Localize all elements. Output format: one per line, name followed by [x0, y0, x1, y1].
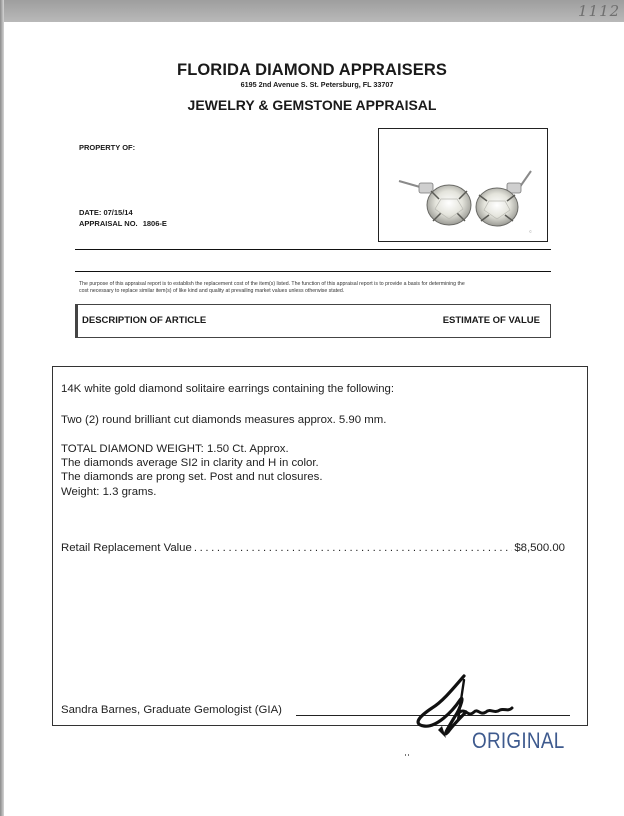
scan-top-edge [0, 0, 624, 22]
property-of-field: PROPERTY OF: [79, 143, 135, 152]
appraisal-number-value: 1806-E [143, 219, 167, 228]
detail-metal-weight: Weight: 1.3 grams. [61, 485, 323, 499]
detail-clarity-color: The diamonds average SI2 in clarity and … [61, 456, 323, 470]
item-stones: Two (2) round brilliant cut diamonds mea… [61, 414, 386, 426]
company-name: FLORIDA DIAMOND APPRAISERS [0, 61, 624, 80]
company-address: 6195 2nd Avenue S. St. Petersburg, FL 33… [0, 80, 624, 89]
date-label: DATE: [79, 208, 101, 217]
disclaimer-line-1: The purpose of this appraisal report is … [79, 281, 549, 288]
appraisal-number-label: APPRAISAL NO. [79, 219, 138, 228]
divider-rule-upper [75, 249, 551, 250]
property-of-label: PROPERTY OF: [79, 143, 135, 152]
detail-total-weight: TOTAL DIAMOND WEIGHT: 1.50 Ct. Approx. [61, 442, 323, 456]
pencil-annotation: 1112 [578, 2, 620, 20]
original-stamp: ORIGINAL [472, 728, 564, 754]
estimate-column-header: ESTIMATE OF VALUE [443, 315, 540, 326]
appraiser-name: Sandra Barnes, Graduate Gemologist (GIA) [61, 704, 282, 716]
divider-rule-lower [75, 271, 551, 272]
earrings-photo: © [378, 128, 548, 242]
table-header-box: DESCRIPTION OF ARTICLE ESTIMATE OF VALUE [75, 304, 551, 338]
description-column-header: DESCRIPTION OF ARTICLE [82, 315, 206, 326]
dot-leader: ........................................… [194, 542, 512, 554]
disclaimer-line-2: cost necessary to replace similar item(s… [79, 288, 549, 295]
scan-speck [405, 754, 409, 756]
replacement-value-row: Retail Replacement Value ...............… [61, 542, 565, 554]
item-intro: 14K white gold diamond solitaire earring… [61, 383, 394, 395]
svg-text:©: © [529, 229, 532, 234]
replacement-value-label: Retail Replacement Value [61, 542, 192, 554]
date-field: DATE: 07/15/14 [79, 208, 133, 217]
date-value: 07/15/14 [103, 208, 132, 217]
document-title: JEWELRY & GEMSTONE APPRAISAL [0, 97, 624, 113]
item-details: TOTAL DIAMOND WEIGHT: 1.50 Ct. Approx. T… [61, 442, 323, 499]
detail-setting: The diamonds are prong set. Post and nut… [61, 470, 323, 484]
disclaimer-text: The purpose of this appraisal report is … [79, 281, 549, 294]
appraisal-number-field: APPRAISAL NO. 1806-E [79, 219, 167, 228]
earrings-photo-icon: © [379, 129, 547, 241]
scan-left-edge [0, 0, 4, 816]
replacement-value-amount: $8,500.00 [514, 542, 565, 554]
